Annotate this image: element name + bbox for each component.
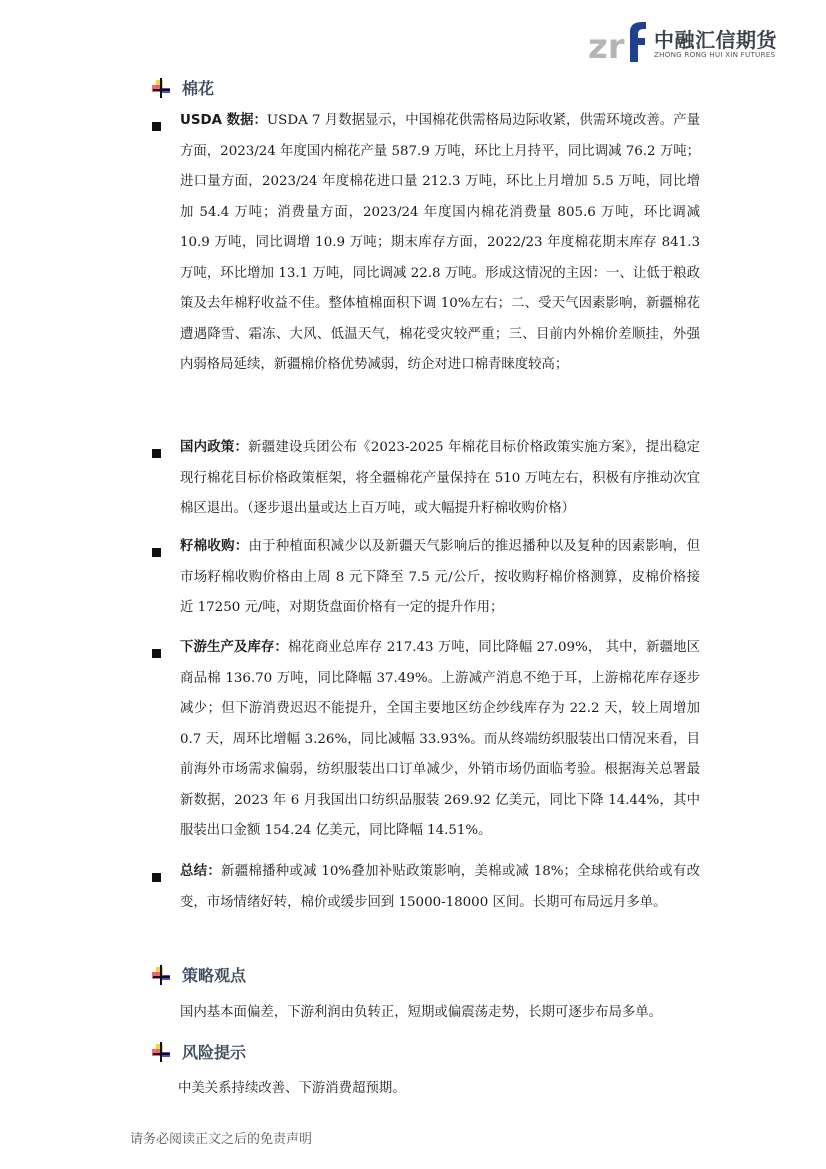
bullet-label: 籽棉收购： xyxy=(180,539,248,554)
disclaimer-footer: 请务必阅读正文之后的免责声明 xyxy=(130,1128,312,1147)
section-heading-cotton: 棉花 xyxy=(150,76,214,99)
risk-text: 中美关系持续改善、下游消费超预期。 xyxy=(178,1074,718,1104)
section-cross-icon xyxy=(150,77,172,99)
bullet-label: USDA 数据： xyxy=(180,113,267,128)
logo-chinese-name: 中融汇信期货 xyxy=(654,24,777,53)
bullet-square-icon xyxy=(152,449,161,458)
bullet-text: 新疆建设兵团公布《2023-2025 年棉花目标价格政策实施方案》，提出稳定现行… xyxy=(180,440,700,516)
section-cross-icon xyxy=(150,1041,172,1063)
bullet-square-icon xyxy=(152,548,161,557)
section-title: 风险提示 xyxy=(182,1040,246,1063)
bullet-label: 国内政策： xyxy=(180,440,248,455)
section-heading-strategy: 策略观点 xyxy=(150,963,246,986)
bullet-text: 棉花商业总库存 217.43 万吨，同比降幅 27.09%， 其中，新疆地区商品… xyxy=(180,640,700,838)
bullet-text: 新疆棉播种或减 10%叠加补贴政策影响，美棉或减 18%；全球棉花供给或有改变，… xyxy=(180,864,700,910)
strategy-text: 国内基本面偏差，下游利润由负转正，短期或偏震荡走势，长期可逐步布局多单。 xyxy=(180,998,740,1028)
section-title: 棉花 xyxy=(182,76,214,99)
section-cross-icon xyxy=(150,964,172,986)
logo-mark-icon: zr xyxy=(588,18,648,64)
section-heading-risk: 风险提示 xyxy=(150,1040,246,1063)
bullet-square-icon xyxy=(152,122,161,131)
bullet-text: USDA 7 月数据显示，中国棉花供需格局边际收紧，供需环境改善。产量方面，20… xyxy=(180,113,700,372)
svg-text:zr: zr xyxy=(588,27,625,64)
bullet-label: 下游生产及库存： xyxy=(180,640,288,655)
section-title: 策略观点 xyxy=(182,963,246,986)
bullet-square-icon xyxy=(152,649,161,658)
bullet-label: 总结： xyxy=(180,864,221,879)
bullet-text: 由于种植面积减少以及新疆天气影响后的推迟播种以及复种的因素影响，但市场籽棉收购价… xyxy=(180,539,700,615)
logo-english-name: ZHONG RONG HUI XIN FUTURES xyxy=(654,50,775,59)
bullet-square-icon xyxy=(152,873,161,882)
company-logo: zr 中融汇信期货 ZHONG RONG HUI XIN FUTURES xyxy=(588,18,788,64)
